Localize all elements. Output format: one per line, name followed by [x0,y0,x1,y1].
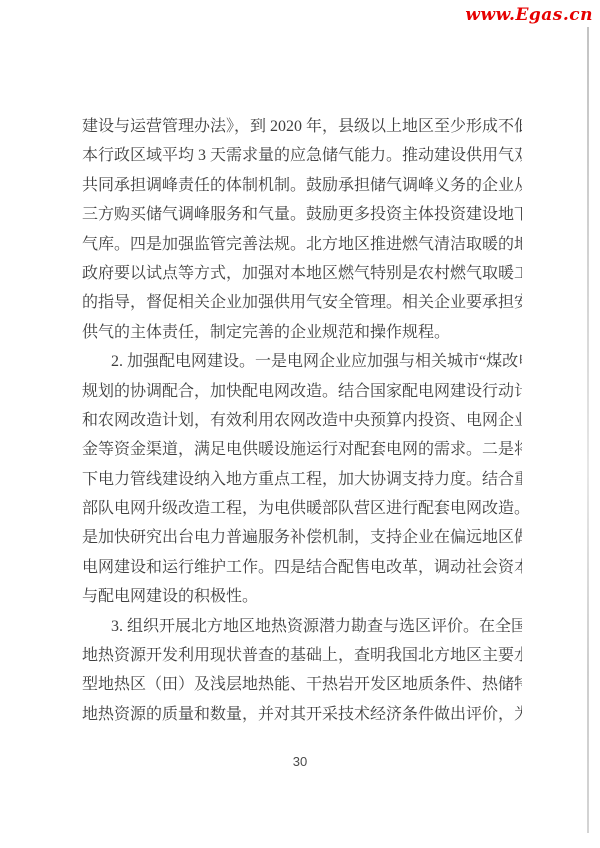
text-line: 本行政区域平均 3 天需求量的应急储气能力。推动建设供用气双方 [82,141,522,170]
text-line: 地热资源的质量和数量，并对其开采技术经济条件做出评价，为合 [82,700,522,729]
text-line: 和农网改造计划，有效利用农网改造中央预算内投资、电网企业资 [82,406,522,435]
text-line: 气库。四是加强监管完善法规。北方地区推进燃气清洁取暖的地方 [82,230,522,259]
watermark-text: www.Egas.cn [465,5,593,25]
text-line: 与配电网建设的积极性。 [82,582,522,611]
text-line: 2. 加强配电网建设。一是电网企业应加强与相关城市“煤改电” [82,347,522,376]
scan-artifact-line [587,27,589,833]
text-line: 型地热区（田）及浅层地热能、干热岩开发区地质条件、热储特征、 [82,670,522,699]
text-line: 共同承担调峰责任的体制机制。鼓励承担储气调峰义务的企业从第 [82,171,522,200]
text-line: 的指导，督促相关企业加强供用气安全管理。相关企业要承担安全 [82,288,522,317]
page-number: 30 [0,754,600,769]
text-line: 政府要以试点等方式，加强对本地区燃气特别是农村燃气取暖工作 [82,259,522,288]
text-line: 金等资金渠道，满足电供暖设施运行对配套电网的需求。二是将地 [82,435,522,464]
text-line: 地热资源开发利用现状普查的基础上，查明我国北方地区主要水热 [82,641,522,670]
document-body: 建设与运营管理办法》，到 2020 年，县级以上地区至少形成不低于本行政区域平均… [82,112,522,729]
text-line: 电网建设和运行维护工作。四是结合配售电改革，调动社会资本参 [82,553,522,582]
text-line: 供气的主体责任，制定完善的企业规范和操作规程。 [82,318,522,347]
text-line: 规划的协调配合，加快配电网改造。结合国家配电网建设行动计划 [82,377,522,406]
document-page: www.Egas.cn 建设与运营管理办法》，到 2020 年，县级以上地区至少… [0,0,600,848]
text-line: 建设与运营管理办法》，到 2020 年，县级以上地区至少形成不低于 [82,112,522,141]
text-line: 部队电网升级改造工程，为电供暖部队营区进行配套电网改造。三 [82,494,522,523]
text-line: 三方购买储气调峰服务和气量。鼓励更多投资主体投资建设地下储 [82,200,522,229]
text-line: 下电力管线建设纳入地方重点工程，加大协调支持力度。结合重点 [82,465,522,494]
text-line: 是加快研究出台电力普遍服务补偿机制，支持企业在偏远地区做好 [82,523,522,552]
text-line: 3. 组织开展北方地区地热资源潜力勘查与选区评价。在全国 [82,612,522,641]
